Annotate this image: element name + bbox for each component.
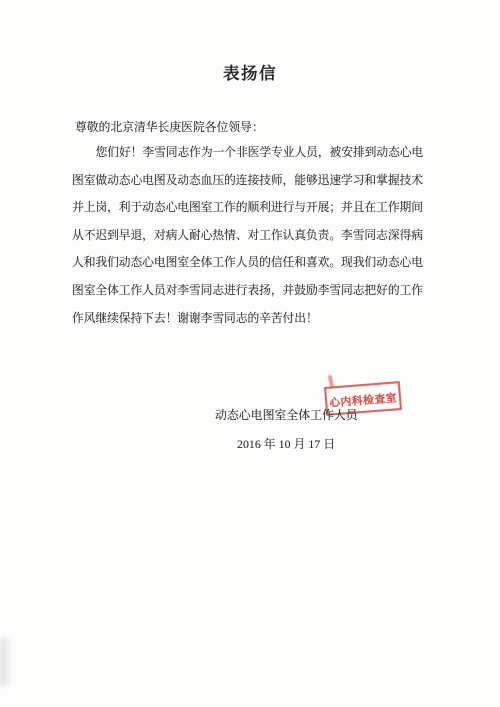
body-line: 图室全体工作人员对李雪同志进行表扬，并鼓励李雪同志把好的工作: [72, 277, 434, 305]
letter-page: 表扬信 尊敬的北京清华长庚医院各位领导： 您们好！李雪同志作为一个非医学专业人员…: [0, 0, 500, 707]
scan-artifact: [0, 638, 13, 686]
body-line: 从不迟到早退，对病人耐心热情、对工作认真负责。李雪同志深得病: [72, 222, 434, 250]
body-line: 人和我们动态心电图室全体工作人员的信任和喜欢。现我们动态心电: [72, 249, 434, 277]
body-line: 作风继续保持下去！谢谢李雪同志的辛苦付出！: [72, 305, 434, 333]
body-line: 图室做动态心电图及动态血压的连接技师，能够迅速学习和掌握技术: [72, 167, 434, 195]
signature-line: 动态心电图室全体工作人员: [215, 406, 358, 423]
letter-title: 表扬信: [0, 60, 500, 84]
salutation: 尊敬的北京清华长庚医院各位领导：: [75, 118, 264, 135]
body-line: 您们好！李雪同志作为一个非医学专业人员，被安排到动态心电: [72, 139, 434, 167]
body-line: 并上岗，利于动态心电图室工作的顺利进行与开展；并且在工作期间: [72, 194, 434, 222]
date-line: 2016 年 10 月 17 日: [237, 435, 335, 452]
letter-body: 您们好！李雪同志作为一个非医学专业人员，被安排到动态心电 图室做动态心电图及动态…: [72, 139, 434, 332]
